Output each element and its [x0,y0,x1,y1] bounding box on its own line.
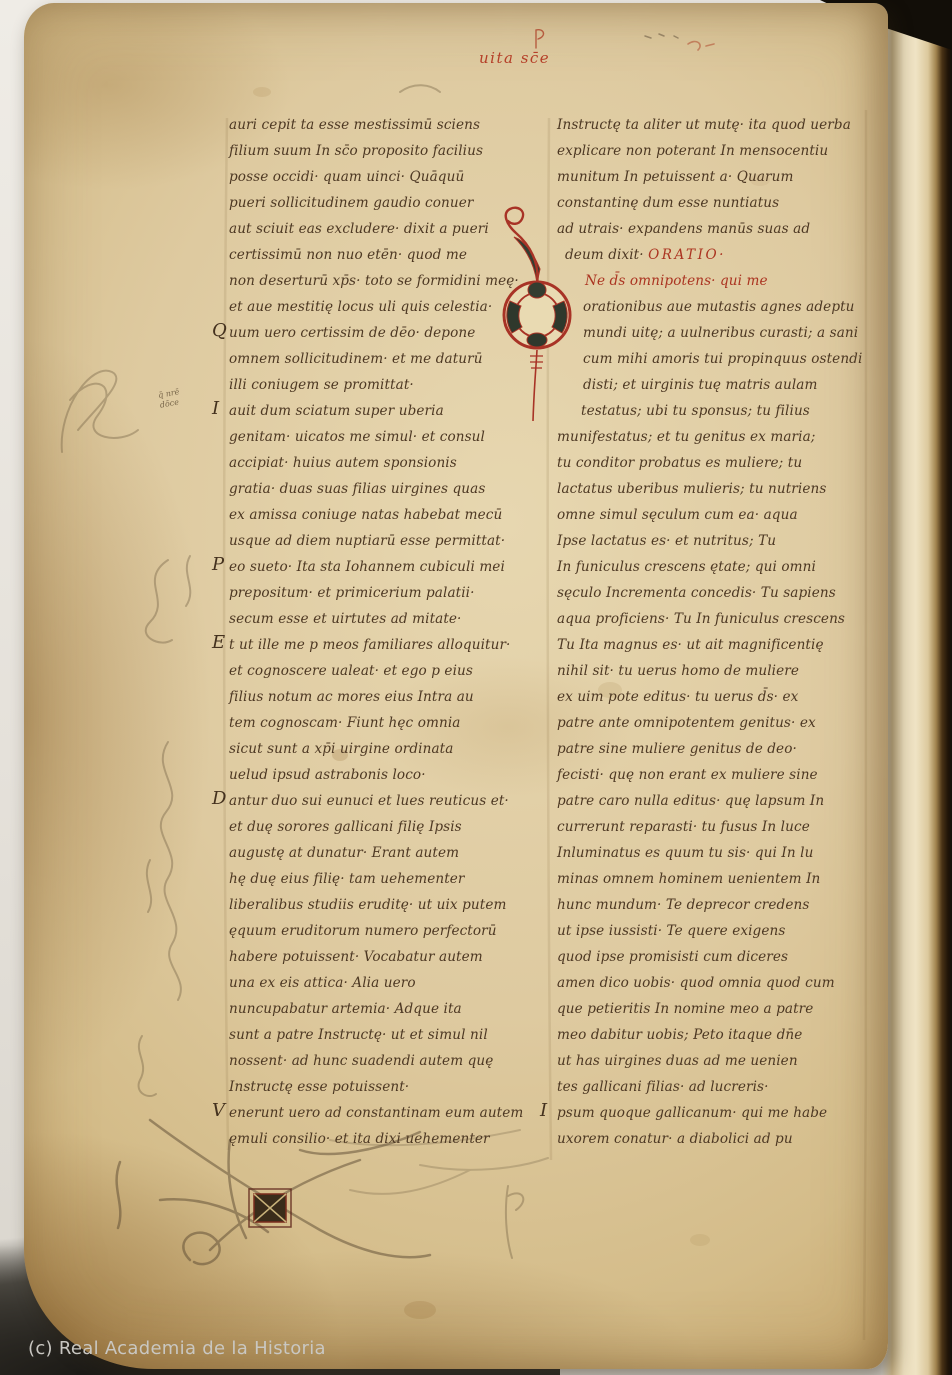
manuscript-line: patre sine muliere genitus de deo· [557,736,865,762]
manuscript-line: aqua proficiens· Tu In funiculus crescen… [557,606,865,632]
manuscript-text: augustę at dunatur· Erant autem [229,845,459,861]
manuscript-line: Dantur duo sui eunuci et lues reuticus e… [229,788,547,814]
manuscript-line: deum dixit· ORATIO· [557,242,865,268]
manuscript-line: patre ante omnipotentem genitus· ex [557,710,865,736]
manuscript-line: illi coniugem se promittat· [229,372,547,398]
manuscript-text: nossent· ad hunc suadendi autem quę [229,1053,493,1069]
manuscript-text: nuncupabatur artemia· Adque ita [229,1001,462,1017]
manuscript-line: genitam· uicatos me simul· et consul [229,424,547,450]
manuscript-photo: uita sc̄e q̄ nrē dōce auri cepit ta esse… [0,0,952,1375]
manuscript-text: tem cognoscam· Fiunt hęc omnia [229,715,460,731]
manuscript-text: ex amissa coniuge natas habebat mecū [229,507,502,523]
manuscript-line: orationibus aue mutastis agnes adeptu [557,294,865,320]
manuscript-line: sęculo Incrementa concedis· Tu sapiens [557,580,865,606]
manuscript-text: psum quoque gallicanum· qui me habe [557,1105,827,1121]
manuscript-line: tem cognoscam· Fiunt hęc omnia [229,710,547,736]
manuscript-line: Tu Ita magnus es· ut ait magnificentię [557,632,865,658]
manuscript-text: omne simul sęculum cum ea· aqua [557,507,798,523]
manuscript-text: patre sine muliere genitus de deo· [557,741,797,757]
manuscript-line: hunc mundum· Te deprecor credens [557,892,865,918]
manuscript-text: tes gallicani filias· ad lucreris· [557,1079,769,1095]
manuscript-line: nihil sit· tu uerus homo de muliere [557,658,865,684]
manuscript-line: ut ipse iussisti· Te quere exigens [557,918,865,944]
manuscript-line: una ex eis attica· Alia uero [229,970,547,996]
manuscript-text: filius notum ac mores eius Intra au [229,689,474,705]
manuscript-text: fecisti· quę non erant ex muliere sine [557,767,818,783]
manuscript-text: t ut ille me p meos familiares alloquitu… [229,637,510,653]
manuscript-text: non deserturū xp̄s· toto se formidini me… [229,273,519,289]
manuscript-text: ex uim pote editus· tu uerus d̄s· ex [557,689,798,705]
manuscript-text: quod ipse promisisti cum diceres [557,949,788,965]
manuscript-line: cum mihi amoris tui propinquus ostendi [557,346,865,372]
manuscript-line: habere potuissent· Vocabatur autem [229,944,547,970]
manuscript-text: ut ipse iussisti· Te quere exigens [557,923,785,939]
running-title: uita sc̄e [479,49,550,67]
manuscript-line: nuncupabatur artemia· Adque ita [229,996,547,1022]
manuscript-text: uum uero certissim de dēo· depone [229,325,475,341]
facing-folio-edge [882,0,952,1375]
manuscript-text: munitum In petuissent a· Quarum [557,169,793,185]
manuscript-text: et duę sorores gallicani filię Ipsis [229,819,462,835]
manuscript-line: Ipse lactatus es· et nutritus; Tu [557,528,865,554]
manuscript-line: tes gallicani filias· ad lucreris· [557,1074,865,1100]
manuscript-text: omnem sollicitudinem· et me daturū [229,351,483,367]
manuscript-text: aqua proficiens· Tu In funiculus crescen… [557,611,845,627]
manuscript-text: uxorem conatur· a diabolici ad pu [557,1131,793,1147]
manuscript-line: augustę at dunatur· Erant autem [229,840,547,866]
manuscript-line: Inluminatus es quum tu sis· qui In lu [557,840,865,866]
manuscript-line: Ipsum quoque gallicanum· qui me habe [557,1100,865,1126]
manuscript-text: auri cepit ta esse mestissimū sciens [229,117,480,133]
manuscript-line: omne simul sęculum cum ea· aqua [557,502,865,528]
manuscript-text: habere potuissent· Vocabatur autem [229,949,483,965]
rubric-text: Ne d̄s omnipotens· qui me [585,273,768,289]
manuscript-text: que petieritis In nomine meo a patre [557,1001,813,1017]
manuscript-line: ęmuli consilio· et ita dixi uehementer [229,1126,547,1152]
manuscript-text: sęculo Incrementa concedis· Tu sapiens [557,585,836,601]
manuscript-line: certissimū non nuo etēn· quod me [229,242,547,268]
text-column-left: auri cepit ta esse mestissimū sciensfili… [229,112,547,1152]
manuscript-text: et aue mestitię locus uli quis celestia· [229,299,492,315]
manuscript-text: explicare non poterant In mensocentiu [557,143,828,159]
manuscript-line: munitum In petuissent a· Quarum [557,164,865,190]
manuscript-line: Instructę esse potuissent· [229,1074,547,1100]
manuscript-line: posse occidi· quam uinci· Quāquū [229,164,547,190]
manuscript-line: omnem sollicitudinem· et me daturū [229,346,547,372]
manuscript-line: Quum uero certissim de dēo· depone [229,320,547,346]
manuscript-text: Inluminatus es quum tu sis· qui In lu [557,845,813,861]
manuscript-line: gratia· duas suas filias uirgines quas [229,476,547,502]
manuscript-line: auri cepit ta esse mestissimū sciens [229,112,547,138]
manuscript-text: genitam· uicatos me simul· et consul [229,429,485,445]
manuscript-line: filium suum In sc̄o proposito facilius [229,138,547,164]
manuscript-line: uxorem conatur· a diabolici ad pu [557,1126,865,1152]
marginal-initial: I [540,1098,547,1124]
manuscript-line: disti; et uirginis tuę matris aulam [557,372,865,398]
manuscript-line: et duę sorores gallicani filię Ipsis [229,814,547,840]
manuscript-text: illi coniugem se promittat· [229,377,414,393]
manuscript-line: nossent· ad hunc suadendi autem quę [229,1048,547,1074]
manuscript-text: eo sueto· Ita sta Iohannem cubiculi mei [229,559,505,575]
manuscript-text: ad utrais· expandens manūs suas ad [557,221,810,237]
manuscript-text: cum mihi amoris tui propinquus ostendi [583,351,862,367]
manuscript-line: et cognoscere ualeat· et ego p eius [229,658,547,684]
manuscript-line: tu conditor probatus es muliere; tu [557,450,865,476]
manuscript-line: currerunt reparasti· tu fusus In luce [557,814,865,840]
manuscript-line: non deserturū xp̄s· toto se formidini me… [229,268,547,294]
manuscript-text: ut has uirgines duas ad me uenien [557,1053,798,1069]
manuscript-text: currerunt reparasti· tu fusus In luce [557,819,810,835]
manuscript-line: lactatus uberibus mulieris; tu nutriens [557,476,865,502]
marginal-initial: D [212,786,227,812]
manuscript-line: secum esse et uirtutes ad mitate· [229,606,547,632]
manuscript-line: meo dabitur uobis; Peto itaque dn̄e [557,1022,865,1048]
marginal-initial: V [212,1098,225,1124]
manuscript-line: Ne d̄s omnipotens· qui me [557,268,865,294]
manuscript-text: antur duo sui eunuci et lues reuticus et… [229,793,509,809]
manuscript-line: accipiat· huius autem sponsionis [229,450,547,476]
manuscript-text: accipiat· huius autem sponsionis [229,455,457,471]
manuscript-text: usque ad diem nuptiarū esse permittat· [229,533,505,549]
manuscript-text: auit dum sciatum super uberia [229,403,444,419]
manuscript-line: sicut sunt a xp̄i uirgine ordinata [229,736,547,762]
manuscript-text: ęquum eruditorum numero perfectorū [229,923,497,939]
manuscript-text: patre caro nulla editus· quę lapsum In [557,793,824,809]
watermark: (c) Real Academia de la Historia [28,1338,326,1359]
manuscript-text: posse occidi· quam uinci· Quāquū [229,169,464,185]
manuscript-line: ęquum eruditorum numero perfectorū [229,918,547,944]
manuscript-line: que petieritis In nomine meo a patre [557,996,865,1022]
manuscript-text: In funiculus crescens ętate; qui omni [557,559,816,575]
manuscript-line: patre caro nulla editus· quę lapsum In [557,788,865,814]
manuscript-text: uelud ipsud astrabonis loco· [229,767,426,783]
manuscript-text: Ipse lactatus es· et nutritus; Tu [557,533,776,549]
manuscript-text: sunt a patre Instructę· ut et simul nil [229,1027,488,1043]
corner-ornament [245,1184,297,1236]
manuscript-text: testatus; ubi tu sponsus; tu filius [581,403,810,419]
manuscript-line: prepositum· et primicerium palatii· [229,580,547,606]
marginal-note: q̄ nrē dōce [157,387,182,410]
manuscript-line: Venerunt uero ad constantinam eum autem [229,1100,547,1126]
manuscript-line: testatus; ubi tu sponsus; tu filius [557,398,865,424]
manuscript-text: certissimū non nuo etēn· quod me [229,247,467,263]
manuscript-line: uelud ipsud astrabonis loco· [229,762,547,788]
manuscript-line: aut sciuit eas excludere· dixit a pueri [229,216,547,242]
manuscript-line: Peo sueto· Ita sta Iohannem cubiculi mei [229,554,547,580]
manuscript-text: disti; et uirginis tuę matris aulam [583,377,818,393]
marginal-initial: I [212,396,219,422]
manuscript-text: pueri sollicitudinem gaudio conuer [229,195,473,211]
manuscript-line: et aue mestitię locus uli quis celestia· [229,294,547,320]
manuscript-text: munifestatus; et tu genitus ex maria; [557,429,815,445]
manuscript-text: orationibus aue mutastis agnes adeptu [583,299,855,315]
manuscript-text: Instructę esse potuissent· [229,1079,409,1095]
manuscript-line: liberalibus studiis eruditę· ut uix pute… [229,892,547,918]
marginal-initial: E [212,630,225,656]
manuscript-line: filius notum ac mores eius Intra au [229,684,547,710]
manuscript-text: aut sciuit eas excludere· dixit a pueri [229,221,489,237]
manuscript-text: enerunt uero ad constantinam eum autem [229,1105,523,1121]
manuscript-text: sicut sunt a xp̄i uirgine ordinata [229,741,453,757]
manuscript-text: ęmuli consilio· et ita dixi uehementer [229,1131,490,1147]
rubric-text: ORATIO· [648,247,726,263]
manuscript-text: tu conditor probatus es muliere; tu [557,455,802,471]
manuscript-line: hę duę eius filię· tam uehementer [229,866,547,892]
manuscript-text: amen dico uobis· quod omnia quod cum [557,975,835,991]
manuscript-text: secum esse et uirtutes ad mitate· [229,611,461,627]
manuscript-line: mundi uitę; a uulneribus curasti; a sani [557,320,865,346]
manuscript-line: fecisti· quę non erant ex muliere sine [557,762,865,788]
manuscript-line: munifestatus; et tu genitus ex maria; [557,424,865,450]
manuscript-line: constantinę dum esse nuntiatus [557,190,865,216]
manuscript-line: quod ipse promisisti cum diceres [557,944,865,970]
manuscript-text: liberalibus studiis eruditę· ut uix pute… [229,897,506,913]
manuscript-text: constantinę dum esse nuntiatus [557,195,779,211]
manuscript-text: hę duę eius filię· tam uehementer [229,871,465,887]
manuscript-text: una ex eis attica· Alia uero [229,975,416,991]
manuscript-line: Et ut ille me p meos familiares alloquit… [229,632,547,658]
marginal-initial: Q [212,318,227,344]
manuscript-line: ut has uirgines duas ad me uenien [557,1048,865,1074]
manuscript-line: usque ad diem nuptiarū esse permittat· [229,528,547,554]
manuscript-text: lactatus uberibus mulieris; tu nutriens [557,481,826,497]
manuscript-text: Tu Ita magnus es· ut ait magnificentię [557,637,824,653]
manuscript-line: sunt a patre Instructę· ut et simul nil [229,1022,547,1048]
manuscript-text: filium suum In sc̄o proposito facilius [229,143,483,159]
manuscript-text: et cognoscere ualeat· et ego p eius [229,663,473,679]
text-column-right: Instructę ta aliter ut mutę· ita quod ue… [557,112,865,1152]
manuscript-line: Iauit dum sciatum super uberia [229,398,547,424]
manuscript-line: amen dico uobis· quod omnia quod cum [557,970,865,996]
manuscript-line: pueri sollicitudinem gaudio conuer [229,190,547,216]
manuscript-line: ex uim pote editus· tu uerus d̄s· ex [557,684,865,710]
manuscript-line: In funiculus crescens ętate; qui omni [557,554,865,580]
manuscript-text: hunc mundum· Te deprecor credens [557,897,809,913]
manuscript-text: patre ante omnipotentem genitus· ex [557,715,816,731]
manuscript-text: prepositum· et primicerium palatii· [229,585,475,601]
marginal-initial: P [212,552,224,578]
manuscript-text: gratia· duas suas filias uirgines quas [229,481,485,497]
manuscript-text: mundi uitę; a uulneribus curasti; a sani [583,325,858,341]
manuscript-line: ex amissa coniuge natas habebat mecū [229,502,547,528]
manuscript-line: ad utrais· expandens manūs suas ad [557,216,865,242]
manuscript-line: Instructę ta aliter ut mutę· ita quod ue… [557,112,865,138]
manuscript-line: minas omnem hominem uenientem In [557,866,865,892]
manuscript-line: explicare non poterant In mensocentiu [557,138,865,164]
manuscript-text: meo dabitur uobis; Peto itaque dn̄e [557,1027,802,1043]
manuscript-text: Instructę ta aliter ut mutę· ita quod ue… [557,117,851,133]
manuscript-text: minas omnem hominem uenientem In [557,871,820,887]
manuscript-text: nihil sit· tu uerus homo de muliere [557,663,799,679]
manuscript-text: deum dixit· [565,247,648,263]
